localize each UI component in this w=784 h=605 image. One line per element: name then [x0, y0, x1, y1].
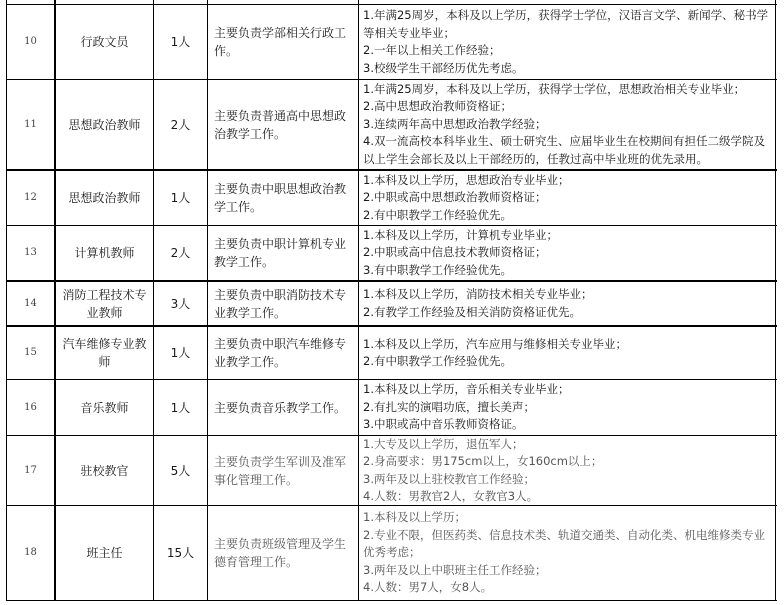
table-row: 18班主任15人主要负责班级管理及学生德育管理工作。1.本科及以上学历；2.专业…: [6, 506, 777, 601]
headcount: 5人: [154, 436, 208, 505]
position-name: 行政文员: [54, 5, 154, 79]
table-row: 13计算机教师2人主要负责中职计算机专业教学工作。1.本科及以上学历，计算机专业…: [6, 226, 777, 282]
requirement-item: 3.两年及以上中职班主任工作经验；: [363, 562, 546, 580]
table-row: 15汽车维修专业教师1人主要负责中职汽车维修专业教学工作。1.本科及以上学历，汽…: [6, 327, 777, 380]
position-label: 班主任: [62, 544, 148, 562]
requirement-item: 3.中职或高中音乐教师资格证。: [363, 416, 523, 434]
headcount: 1人: [154, 380, 208, 435]
requirement-item: 2.中职或高中信息技术教师资格证；: [363, 244, 546, 262]
row-number: 18: [6, 506, 55, 600]
row-number: 13: [6, 226, 55, 280]
requirement-item: 1.本科及以上学历；: [363, 509, 466, 527]
duty-description: 主要负责中职消防技术专业教学工作。: [208, 282, 359, 325]
requirements-list: 1.本科及以上学历，汽车应用与维修相关专业毕业；2.有中职教学工作经验优先。: [359, 327, 776, 379]
requirements-list: 1.本科及以上学历，思想政治专业毕业；2.中职或高中思想政治教师资格证；2.有中…: [359, 171, 776, 225]
requirement-item: 1.本科及以上学历，思想政治专业毕业；: [363, 172, 569, 190]
requirement-item: 1.本科及以上学历，消防技术相关专业毕业；: [363, 286, 592, 304]
duty-description: 主要负责中职汽车维修专业教学工作。: [208, 327, 359, 379]
position-label: 驻校教官: [62, 462, 148, 480]
position-name: 驻校教官: [54, 436, 154, 505]
row-number: 17: [6, 436, 55, 505]
requirement-item: 1.本科及以上学历，汽车应用与维修相关专业毕业；: [363, 336, 627, 354]
requirement-item: 4.人数：男教官2人，女教官3人。: [363, 488, 538, 506]
position-label: 音乐教师: [62, 399, 148, 417]
recruitment-table: 10行政文员1人主要负责学部相关行政工作。1.年满25周岁，本科及以上学历，获得…: [6, 0, 777, 601]
requirements-list: 1.本科及以上学历，消防技术相关专业毕业；2.有教学工作经验及相关消防资格证优先…: [359, 282, 776, 325]
requirement-item: 2.有教学工作经验及相关消防资格证优先。: [363, 304, 581, 322]
duty-description: 主要负责中职思想政治教学工作。: [208, 171, 359, 225]
requirements-list: 1.本科及以上学历，计算机专业毕业；2.中职或高中信息技术教师资格证；3.有中职…: [359, 226, 776, 280]
position-label: 汽车维修专业教师: [62, 335, 148, 371]
requirement-item: 1.本科及以上学历，音乐相关专业毕业；: [363, 381, 569, 399]
duty-description: 主要负责普通高中思想政治教学工作。: [208, 80, 359, 169]
requirement-item: 4.双一流高校本科毕业生、硕士研究生、应届毕业生在校期间有担任二级学院及以上学生…: [363, 133, 771, 168]
requirement-item: 3.校级学生干部经历优先考虑。: [363, 60, 523, 78]
table-row: 16音乐教师1人主要负责音乐教学工作。1.本科及以上学历，音乐相关专业毕业；2.…: [6, 380, 777, 436]
table-row: 12思想政治教师1人主要负责中职思想政治教学工作。1.本科及以上学历，思想政治专…: [6, 171, 777, 226]
row-number: 11: [6, 80, 55, 169]
requirement-item: 2.身高要求：男175cm以上，女160cm以上；: [363, 453, 602, 471]
position-label: 思想政治教师: [62, 189, 148, 207]
headcount: 1人: [154, 5, 208, 79]
requirement-item: 2.专业不限，但医药类、信息技术类、轨道交通类、自动化类、机电维修类专业优秀考虑…: [363, 527, 771, 562]
table-row: 10行政文员1人主要负责学部相关行政工作。1.年满25周岁，本科及以上学历，获得…: [6, 5, 777, 80]
position-name: 思想政治教师: [54, 171, 154, 225]
duty-description: 主要负责音乐教学工作。: [208, 380, 359, 435]
headcount: 2人: [154, 226, 208, 280]
requirement-item: 2.中职或高中思想政治教师资格证；: [363, 189, 546, 207]
requirement-item: 1.年满25周岁，本科及以上学历，获得学士学位，思想政治相关专业毕业；: [363, 81, 745, 99]
requirement-item: 2.有中职教学工作经验优先。: [363, 353, 512, 371]
requirements-list: 1.年满25周岁，本科及以上学历，获得学士学位，思想政治相关专业毕业；2.高中思…: [359, 80, 776, 169]
headcount: 1人: [154, 327, 208, 379]
requirement-item: 2.有扎实的演唱功底，擅长美声；: [363, 399, 535, 417]
position-label: 消防工程技术专业教师: [62, 286, 148, 322]
row-number: 12: [6, 171, 55, 225]
row-number: 14: [6, 282, 55, 325]
position-name: 思想政治教师: [54, 80, 154, 169]
requirement-item: 3.连续两年高中思想政治教学经验；: [363, 116, 546, 134]
position-name: 汽车维修专业教师: [54, 327, 154, 379]
duty-description: 主要负责班级管理及学生德育管理工作。: [208, 506, 359, 600]
headcount: 2人: [154, 80, 208, 169]
requirements-list: 1.本科及以上学历，音乐相关专业毕业；2.有扎实的演唱功底，擅长美声；3.中职或…: [359, 380, 776, 435]
duty-description: 主要负责学部相关行政工作。: [208, 5, 359, 79]
position-label: 计算机教师: [62, 244, 148, 262]
requirement-item: 1.年满25周岁，本科及以上学历，获得学士学位，汉语言文学、新闻学、秘书学等相关…: [363, 7, 771, 42]
position-name: 班主任: [54, 506, 154, 600]
position-name: 消防工程技术专业教师: [54, 282, 154, 325]
duty-description: 主要负责中职计算机专业教学工作。: [208, 226, 359, 280]
table-row: 11思想政治教师2人主要负责普通高中思想政治教学工作。1.年满25周岁，本科及以…: [6, 80, 777, 171]
requirement-item: 2.高中思想政治教师资格证；: [363, 98, 512, 116]
row-number: 10: [6, 5, 55, 79]
requirement-item: 2.一年以上相关工作经验；: [363, 42, 500, 60]
row-number: 16: [6, 380, 55, 435]
requirement-item: 3.两年及以上驻校教官工作经验；: [363, 471, 535, 489]
requirement-item: 3.有中职教学工作经验优先。: [363, 262, 512, 280]
requirement-item: 2.有中职教学工作经验优先。: [363, 207, 512, 225]
requirement-item: 1.大专及以上学历，退伍军人；: [363, 436, 523, 454]
position-name: 音乐教师: [54, 380, 154, 435]
position-label: 思想政治教师: [62, 116, 148, 134]
duty-description: 主要负责学生军训及准军事化管理工作。: [208, 436, 359, 505]
requirements-list: 1.大专及以上学历，退伍军人；2.身高要求：男175cm以上，女160cm以上；…: [359, 436, 776, 505]
requirement-item: 4.人数：男7人，女8人。: [363, 579, 492, 597]
headcount: 1人: [154, 171, 208, 225]
table-row: 14消防工程技术专业教师3人主要负责中职消防技术专业教学工作。1.本科及以上学历…: [6, 282, 777, 327]
requirements-list: 1.本科及以上学历；2.专业不限，但医药类、信息技术类、轨道交通类、自动化类、机…: [359, 506, 776, 600]
row-number: 15: [6, 327, 55, 379]
headcount: 3人: [154, 282, 208, 325]
table-row: 17驻校教官5人主要负责学生军训及准军事化管理工作。1.大专及以上学历，退伍军人…: [6, 436, 777, 506]
requirement-item: 1.本科及以上学历，计算机专业毕业；: [363, 227, 558, 245]
position-label: 行政文员: [62, 33, 148, 51]
requirements-list: 1.年满25周岁，本科及以上学历，获得学士学位，汉语言文学、新闻学、秘书学等相关…: [359, 5, 776, 79]
headcount: 15人: [154, 506, 208, 600]
position-name: 计算机教师: [54, 226, 154, 280]
